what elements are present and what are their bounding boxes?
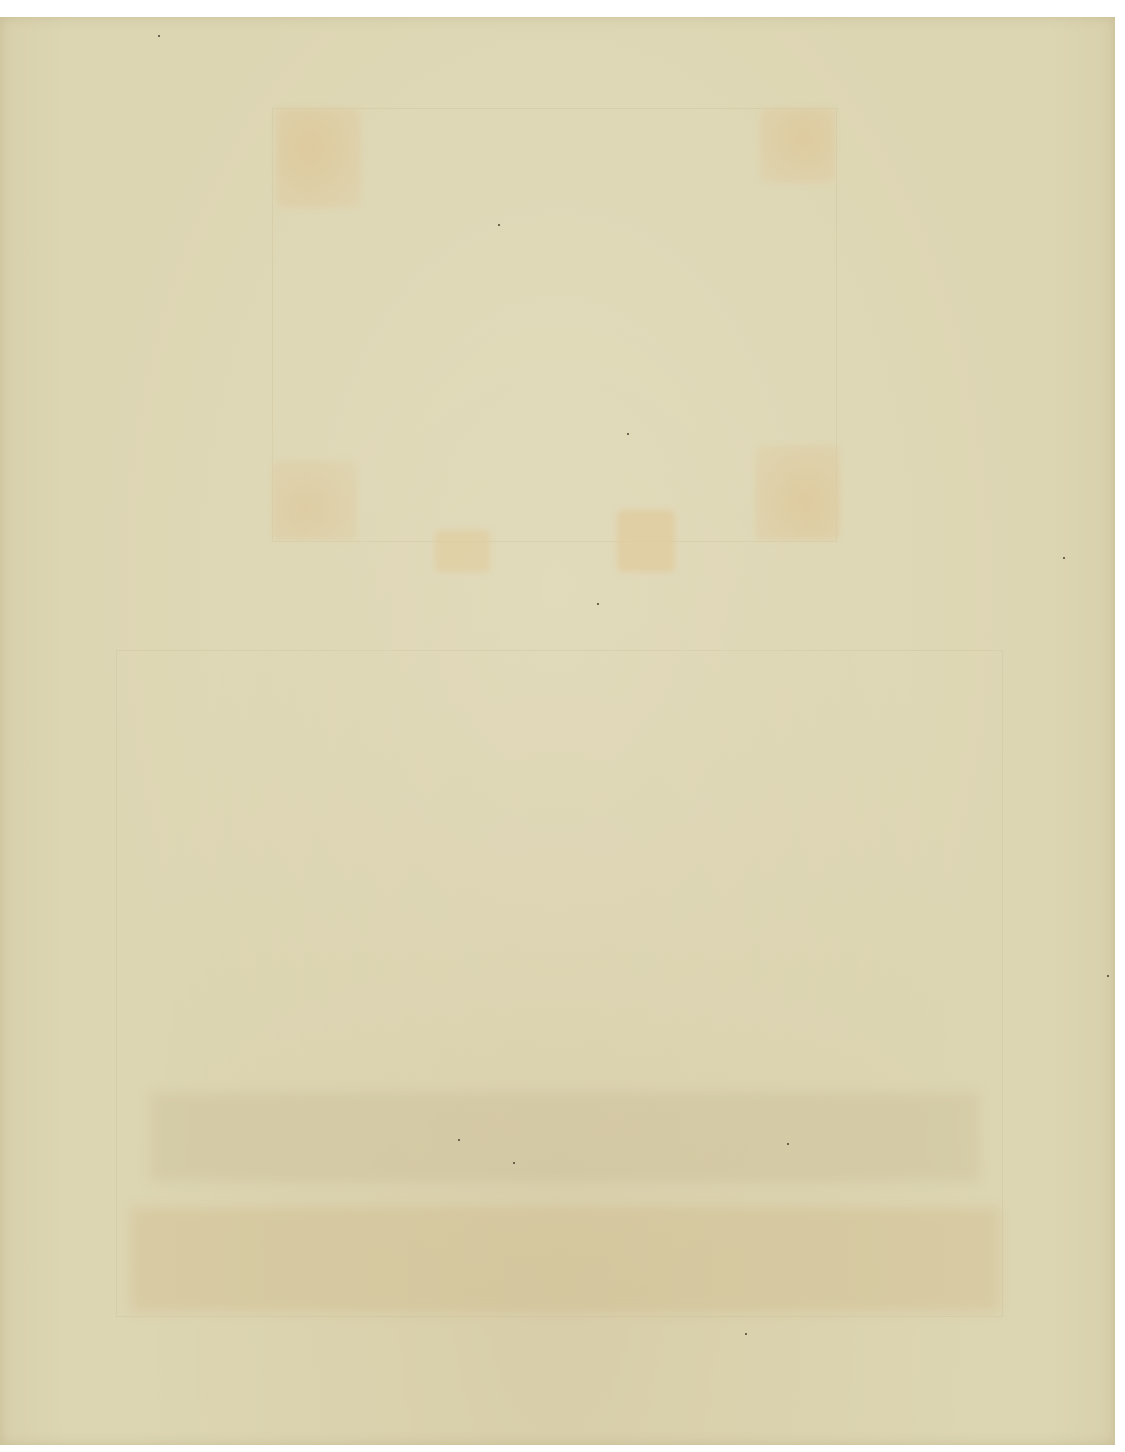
speck <box>458 1139 460 1141</box>
stain-small-right <box>617 510 675 572</box>
stain-top-right <box>760 108 835 183</box>
speck <box>787 1143 789 1145</box>
speck <box>627 433 629 435</box>
paper-sheet <box>0 17 1115 1445</box>
speck <box>498 224 500 226</box>
mottled-band-upper <box>150 1092 980 1182</box>
speck <box>745 1333 747 1335</box>
speck <box>513 1162 515 1164</box>
stain-bottom-left <box>272 460 357 540</box>
speck <box>158 35 160 37</box>
mottled-band-lower <box>130 1207 1000 1312</box>
stain-bottom-right <box>755 445 840 540</box>
speck <box>1063 557 1065 559</box>
stain-small-left <box>435 530 490 572</box>
speck <box>1107 975 1109 977</box>
speck <box>597 603 599 605</box>
stain-top-left <box>276 108 361 208</box>
